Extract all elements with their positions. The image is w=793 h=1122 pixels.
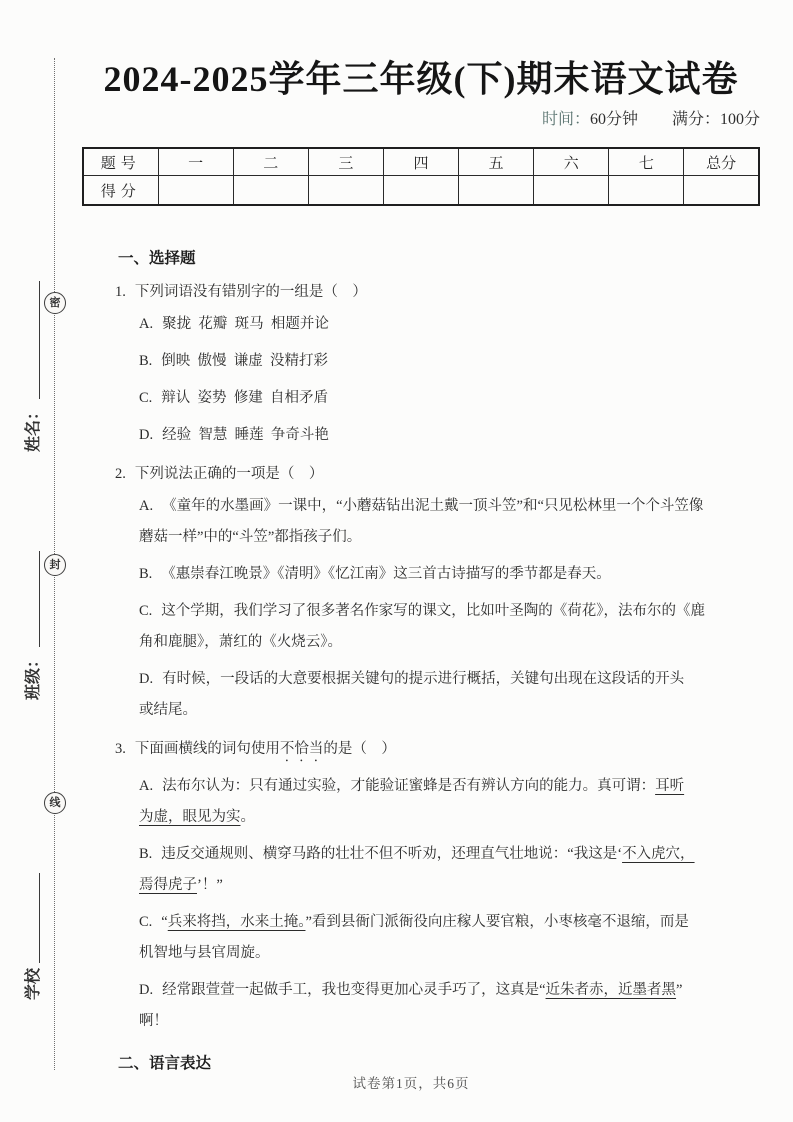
- text-run: 有时候，一段话的大意要根据关键句的提示进行概括，关键句出现在这段话的开头: [162, 671, 684, 687]
- option-text: 《惠崇春江晚景》《清明》《忆江南》这三首古诗描写的季节都是春天。: [161, 566, 611, 582]
- option-label: D.: [139, 671, 153, 687]
- text-run: 下面画横线的词句使用: [135, 741, 280, 757]
- option-label: B.: [139, 846, 152, 862]
- text-run: 的是（ ）: [323, 741, 396, 757]
- option-row: A.法布尔认为：只有通过实验，才能验证蜜蜂是否有辨认方向的能力。真可谓：耳听为虚…: [82, 771, 760, 833]
- question-number-cell: 一: [158, 148, 233, 176]
- question-number-cell: 四: [383, 148, 458, 176]
- option-row: B.《惠崇春江晚景》《清明》《忆江南》这三首古诗描写的季节都是春天。: [82, 559, 760, 590]
- time-label: 时间：: [542, 111, 590, 128]
- text-run: 聚拢 花瓣 斑马 相题并论: [162, 316, 329, 332]
- full-score-value: 100分: [720, 111, 760, 128]
- score-empty-cell: [158, 176, 233, 206]
- question-number: 3.: [115, 741, 126, 757]
- question-number-label-cell: 题号: [83, 148, 158, 176]
- emphasized-phrase: 不恰当: [280, 741, 324, 757]
- score-empty-cell: [534, 176, 609, 206]
- text-run: 角和鹿腿》，萧红的《火烧云》。: [139, 634, 342, 650]
- name-field: 姓名：: [20, 281, 43, 452]
- text-run: 经验 智慧 睡莲 争奇斗艳: [162, 427, 329, 443]
- option-text: 辩认 姿势 修建 自相矛盾: [161, 390, 328, 406]
- option-row: C.“兵来将挡，水来土掩。”看到县衙门派衙役向庄稼人要官粮，小枣核毫不退缩，而是…: [82, 907, 760, 969]
- underlined-phrase: 耳听: [655, 778, 684, 794]
- option-row: A.《童年的水墨画》一课中，“小蘑菇钻出泥土戴一顶斗笠”和“只见松林里一个个斗笠…: [82, 491, 760, 553]
- text-run: 下列词语没有错别字的一组是（ ）: [135, 284, 367, 300]
- underlined-phrase: 近朱者赤，近墨者黑: [546, 982, 677, 998]
- option-text: 聚拢 花瓣 斑马 相题并论: [162, 316, 329, 332]
- option-row: C.这个学期，我们学习了很多著名作家写的课文，比如叶圣陶的《荷花》，法布尔的《鹿…: [82, 596, 760, 658]
- question-number-cell: 三: [308, 148, 383, 176]
- text-run: ”看到县衙门派衙役向庄稼人要官粮，小枣核毫不退缩，而是: [305, 914, 688, 930]
- text-run: 机智地与县官周旋。: [139, 945, 270, 961]
- option-label: C.: [139, 914, 152, 930]
- option-label: C.: [139, 390, 152, 406]
- option-row: D.经验 智慧 睡莲 争奇斗艳: [82, 420, 760, 451]
- question-block: 3.下面画横线的词句使用不恰当的是（ ）A.法布尔认为：只有通过实验，才能验证蜜…: [82, 738, 760, 1037]
- score-row-label-cell: 得分: [83, 176, 158, 206]
- page-title: 2024-2025学年三年级(下)期末语文试卷: [82, 55, 760, 103]
- text-run: ”: [676, 982, 682, 998]
- question-number-cell: 总分: [684, 148, 759, 176]
- question-number: 2.: [115, 466, 126, 482]
- exam-meta: 时间：60分钟满分：100分: [82, 108, 760, 132]
- score-empty-cell: [609, 176, 684, 206]
- seal-char-mi: 密: [44, 292, 66, 314]
- question-number-cell: 六: [534, 148, 609, 176]
- name-field-label: 姓名：: [25, 404, 42, 452]
- section-heading: 一、选择题: [82, 248, 760, 269]
- text-run: 法布尔认为：只有通过实验，才能验证蜜蜂是否有辨认方向的能力。真可谓：: [162, 778, 655, 794]
- question-stem-text: 下列说法正确的一项是（ ）: [135, 466, 324, 482]
- text-run: 或结尾。: [139, 702, 197, 718]
- option-label: A.: [139, 778, 153, 794]
- question-stem-text: 下面画横线的词句使用不恰当的是（ ）: [135, 741, 396, 757]
- score-empty-cell: [233, 176, 308, 206]
- option-row: C.辩认 姿势 修建 自相矛盾: [82, 383, 760, 414]
- option-text: 法布尔认为：只有通过实验，才能验证蜜蜂是否有辨认方向的能力。真可谓：耳听为虚，眼…: [139, 778, 684, 825]
- text-run: 经常跟萱萱一起做手工，我也变得更加心灵手巧了，这真是“: [162, 982, 545, 998]
- option-row: B.倒映 傲慢 谦虚 没精打彩: [82, 346, 760, 377]
- seal-char-feng: 封: [44, 554, 66, 576]
- option-text: 经验 智慧 睡莲 争奇斗艳: [162, 427, 329, 443]
- question-stem-text: 下列词语没有错别字的一组是（ ）: [135, 284, 367, 300]
- text-run: 这个学期，我们学习了很多著名作家写的课文，比如叶圣陶的《荷花》，法布尔的《鹿: [161, 603, 705, 619]
- seal-char-xian: 线: [44, 792, 66, 814]
- full-score-label: 满分：: [672, 111, 720, 128]
- option-label: A.: [139, 498, 153, 514]
- option-text: 《童年的水墨画》一课中，“小蘑菇钻出泥土戴一顶斗笠”和“只见松林里一个个斗笠像蘑…: [139, 498, 703, 545]
- text-run: 。: [241, 809, 256, 825]
- exam-paper-page: 密 封 线 姓名： 班级： 学校 2024-2025学年三年级(下)期末语文试卷…: [0, 0, 793, 1122]
- option-label: A.: [139, 316, 153, 332]
- option-label: B.: [139, 353, 152, 369]
- text-run: 《童年的水墨画》一课中，“小蘑菇钻出泥土戴一顶斗笠”和“只见松林里一个个斗笠像: [162, 498, 703, 514]
- option-row: A.聚拢 花瓣 斑马 相题并论: [82, 309, 760, 340]
- option-text: 这个学期，我们学习了很多著名作家写的课文，比如叶圣陶的《荷花》，法布尔的《鹿角和…: [139, 603, 705, 650]
- section-heading: 二、语言表达: [82, 1053, 760, 1074]
- name-blank-line: [25, 281, 40, 399]
- underlined-phrase: 为虚，眼见为实: [139, 809, 241, 825]
- question-number-cell: 二: [233, 148, 308, 176]
- score-empty-cell: [459, 176, 534, 206]
- text-run: 下列说法正确的一项是（ ）: [135, 466, 324, 482]
- option-text: 经常跟萱萱一起做手工，我也变得更加心灵手巧了，这真是“近朱者赤，近墨者黑”啊！: [139, 982, 682, 1029]
- score-row: 得分: [83, 176, 759, 206]
- question-block: 2.下列说法正确的一项是（ ）A.《童年的水墨画》一课中，“小蘑菇钻出泥土戴一顶…: [82, 463, 760, 726]
- questions-area: 一、选择题1.下列词语没有错别字的一组是（ ）A.聚拢 花瓣 斑马 相题并论B.…: [82, 248, 760, 1074]
- underlined-phrase: 焉得虎子: [139, 877, 197, 893]
- option-row: D.经常跟萱萱一起做手工，我也变得更加心灵手巧了，这真是“近朱者赤，近墨者黑”啊…: [82, 975, 760, 1037]
- text-run: ’！”: [197, 877, 223, 893]
- class-field-label: 班级：: [25, 652, 42, 700]
- score-empty-cell: [308, 176, 383, 206]
- option-text: “兵来将挡，水来土掩。”看到县衙门派衙役向庄稼人要官粮，小枣核毫不退缩，而是机智…: [139, 914, 689, 961]
- content-column: 2024-2025学年三年级(下)期末语文试卷 时间：60分钟满分：100分 题…: [82, 55, 760, 1074]
- option-label: C.: [139, 603, 152, 619]
- question-stem: 1.下列词语没有错别字的一组是（ ）: [82, 281, 760, 303]
- score-empty-cell: [684, 176, 759, 206]
- time-value: 60分钟: [590, 111, 638, 128]
- score-empty-cell: [383, 176, 458, 206]
- school-blank-line: [25, 873, 40, 963]
- option-text: 有时候，一段话的大意要根据关键句的提示进行概括，关键句出现在这段话的开头或结尾。: [139, 671, 684, 718]
- question-number: 1.: [115, 284, 126, 300]
- score-table: 题号一二三四五六七总分得分: [82, 147, 760, 206]
- text-run: 违反交通规则、横穿马路的壮壮不但不听劝，还理直气壮地说：“我这是‘: [161, 846, 622, 862]
- text-run: 倒映 傲慢 谦虚 没精打彩: [161, 353, 328, 369]
- school-field: 学校: [20, 873, 43, 1000]
- option-label: B.: [139, 566, 152, 582]
- class-blank-line: [25, 551, 40, 647]
- option-text: 倒映 傲慢 谦虚 没精打彩: [161, 353, 328, 369]
- text-run: 《惠崇春江晚景》《清明》《忆江南》这三首古诗描写的季节都是春天。: [161, 566, 611, 582]
- score-table-body: 题号一二三四五六七总分得分: [83, 148, 759, 205]
- question-number-cell: 五: [459, 148, 534, 176]
- text-run: 啊！: [139, 1013, 168, 1029]
- question-number-cell: 七: [609, 148, 684, 176]
- question-stem: 2.下列说法正确的一项是（ ）: [82, 463, 760, 485]
- class-field: 班级：: [20, 551, 43, 700]
- page-footer: 试卷第1页，共6页: [82, 1072, 740, 1092]
- text-run: 蘑菇一样”中的“斗笠”都指孩子们。: [139, 529, 361, 545]
- underlined-phrase: 不入虎穴，: [622, 846, 695, 862]
- question-stem: 3.下面画横线的词句使用不恰当的是（ ）: [82, 738, 760, 765]
- text-run: 辩认 姿势 修建 自相矛盾: [161, 390, 328, 406]
- option-row: D.有时候，一段话的大意要根据关键句的提示进行概括，关键句出现在这段话的开头或结…: [82, 664, 760, 726]
- option-label: D.: [139, 427, 153, 443]
- option-row: B.违反交通规则、横穿马路的壮壮不但不听劝，还理直气壮地说：“我这是‘不入虎穴，…: [82, 839, 760, 901]
- school-field-label: 学校: [25, 968, 42, 1000]
- option-text: 违反交通规则、横穿马路的壮壮不但不听劝，还理直气壮地说：“我这是‘不入虎穴，焉得…: [139, 846, 695, 893]
- score-table-header-row: 题号一二三四五六七总分: [83, 148, 759, 176]
- underlined-phrase: 兵来将挡，水来土掩。: [168, 914, 306, 930]
- option-label: D.: [139, 982, 153, 998]
- question-block: 1.下列词语没有错别字的一组是（ ）A.聚拢 花瓣 斑马 相题并论B.倒映 傲慢…: [82, 281, 760, 451]
